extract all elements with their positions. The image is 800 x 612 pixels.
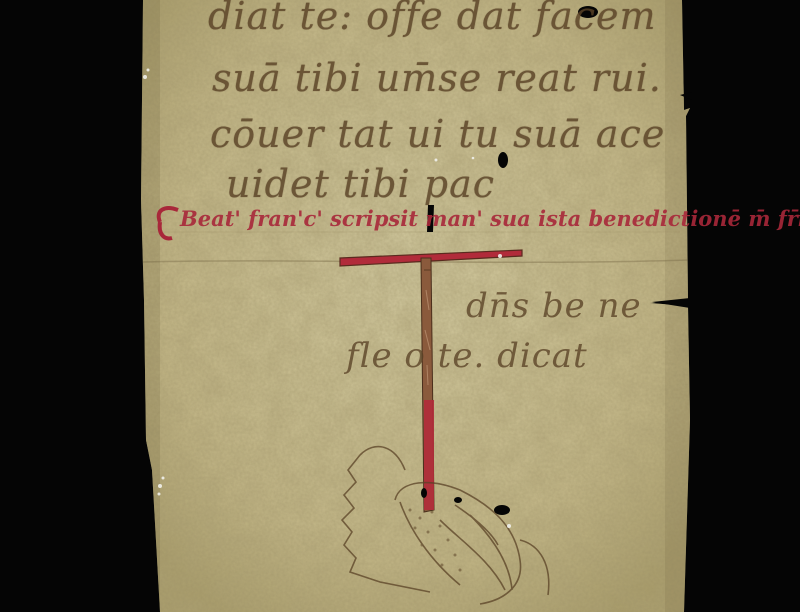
text-line-1: diat te: offe dat facem: [208, 0, 657, 38]
text-line-2: suā tibi um̄se reat rui.: [212, 56, 662, 100]
text-line-4: uidet tibi pac: [226, 162, 495, 206]
text-line-3: cōuer tat ui tu suā ace: [210, 112, 665, 156]
manuscript-photo: diat te: offe dat facem suā tibi um̄se r…: [0, 0, 800, 612]
rubric-line: Beat' fran'c' scripsit man' sua ista ben…: [180, 206, 800, 231]
text-line-5: dn̄s be ne: [466, 286, 642, 326]
text-line-6: fle o te. dicat: [346, 336, 588, 376]
